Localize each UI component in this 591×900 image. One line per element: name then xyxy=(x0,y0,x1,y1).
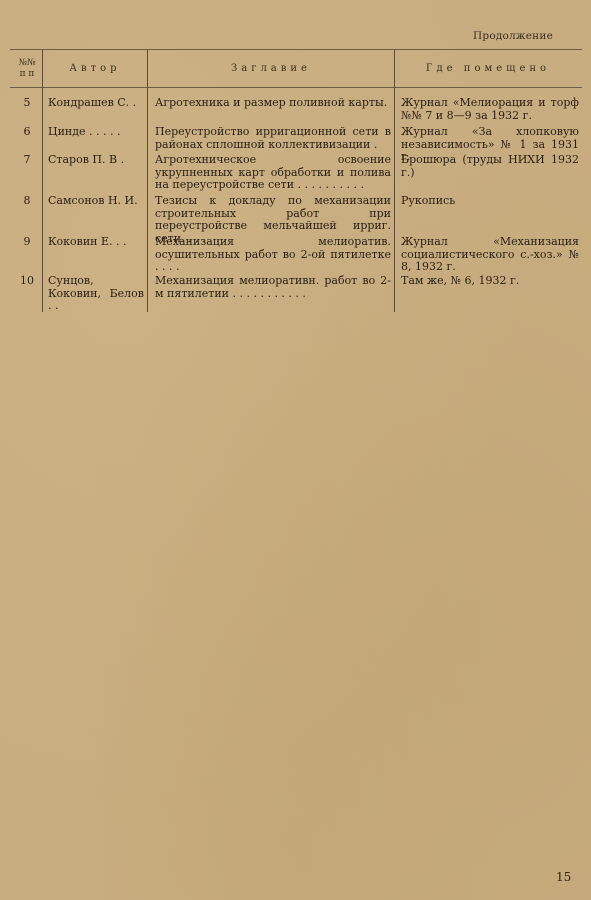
page-number: 15 xyxy=(556,870,571,884)
row-title: Агротехническое освоение укрупненных кар… xyxy=(155,154,391,192)
row-title: Переустройство ирригационной сети в райо… xyxy=(155,126,391,151)
row-number: 6 xyxy=(14,126,40,139)
column-header-number: №№ п п xyxy=(12,50,42,87)
column-header-number-line2: п п xyxy=(20,69,35,80)
row-author: Коковин Е. . . xyxy=(48,236,144,249)
column-header-title: Заглавие xyxy=(148,50,394,87)
row-number: 10 xyxy=(14,275,40,288)
column-header-author: Автор xyxy=(43,50,147,87)
row-where: Рукопись xyxy=(401,195,579,208)
row-number: 9 xyxy=(14,236,40,249)
row-where: Там же, № 6, 1932 г. xyxy=(401,275,579,288)
column-divider-1 xyxy=(42,50,43,312)
row-author: Старов П. В . xyxy=(48,154,144,167)
row-number: 7 xyxy=(14,154,40,167)
row-number: 8 xyxy=(14,195,40,208)
column-divider-3 xyxy=(394,50,395,312)
column-header-number-line1: №№ xyxy=(18,58,35,69)
row-author: Сунцов, Коковин, Белов . . xyxy=(48,275,144,313)
column-divider-2 xyxy=(147,50,148,312)
row-author: Цинде . . . . . xyxy=(48,126,144,139)
header-bottom-rule xyxy=(10,87,582,88)
row-where: Журнал «Мелиорация и торф №№ 7 и 8—9 за … xyxy=(401,97,579,122)
row-number: 5 xyxy=(14,97,40,110)
row-author: Самсонов Н. И. xyxy=(48,195,144,208)
row-author: Кондрашев С. . xyxy=(48,97,144,110)
continued-label: Продолжение xyxy=(473,30,553,42)
row-where: Журнал «Механизация социалистического с.… xyxy=(401,236,579,274)
row-where: Брошюра (труды НИХИ 1932 г.) xyxy=(401,154,579,179)
row-title: Механизация мелиоративн. работ во 2-м пя… xyxy=(155,275,391,300)
row-title: Агротехника и размер поливной карты. xyxy=(155,97,391,110)
row-title: Механизация мелиоратив. осушительных раб… xyxy=(155,236,391,274)
column-header-where: Где помещено xyxy=(395,50,581,87)
